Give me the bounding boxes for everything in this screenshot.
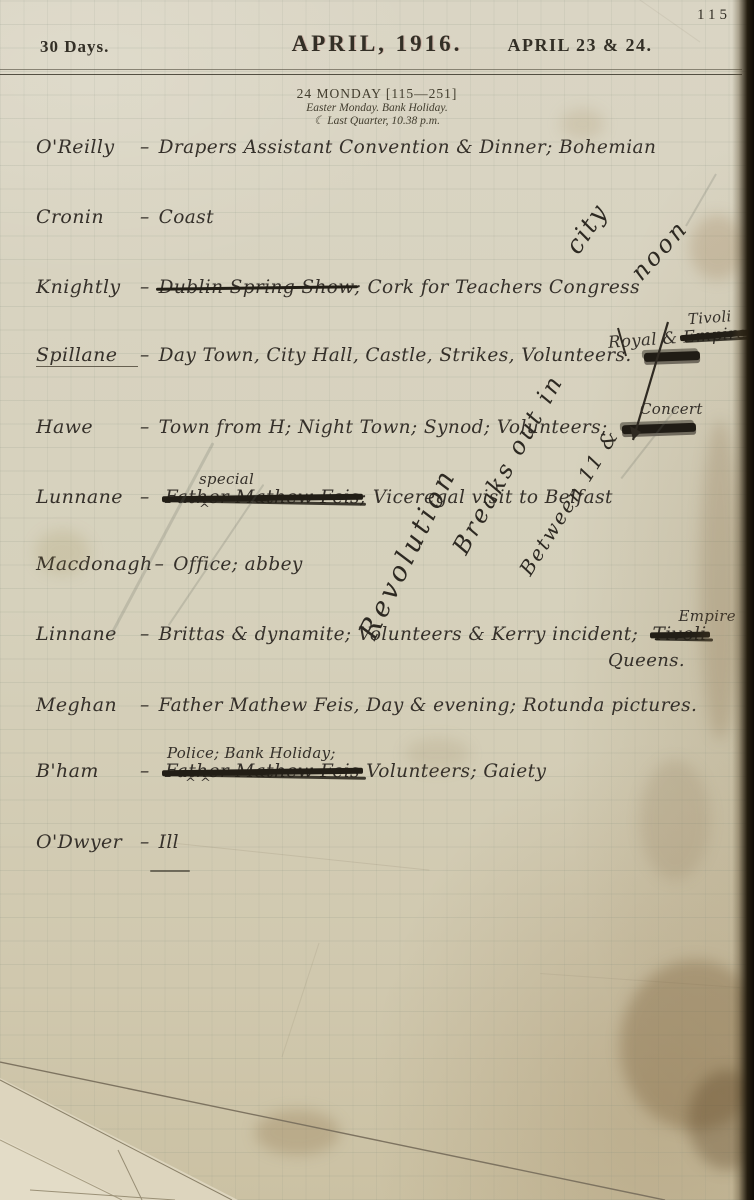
pencil-ghost-mark (109, 442, 215, 638)
struck-text: Tivoli (653, 624, 707, 645)
day-number-line: 24 MONDAY [115—251] (0, 86, 754, 102)
entry-text: ; Cork for Teachers Congress (355, 277, 640, 298)
inserted-text: special (199, 470, 254, 488)
entry-dash: – (140, 207, 150, 228)
entry-dash: – (140, 695, 150, 716)
week-dates-label: APRIL 23 & 24. (430, 35, 730, 56)
paper-stain (35, 530, 90, 575)
entry-name: Cronin (36, 206, 138, 228)
diary-entry-spillane: Spillane–Day Town, City Hall, Castle, St… (36, 344, 748, 367)
diary-entry-oreilly: O'Reilly–Drapers Assistant Convention & … (36, 136, 748, 158)
paper-stain (405, 738, 470, 770)
diary-entry-lunnane: Lunnane– special^Father Mathew Feis; Vic… (36, 486, 748, 508)
entry-text: Father Mathew Feis, Day & evening; Rotun… (159, 695, 698, 716)
entry-text: Brittas & dynamite; Volunteers & Kerry i… (159, 624, 639, 645)
entry-name: O'Reilly (36, 136, 138, 158)
struck-text: Dublin Spring Show (159, 277, 355, 298)
holiday-line: Easter Monday. Bank Holiday. (0, 102, 754, 115)
entry-name: Spillane (36, 344, 138, 367)
entry-dash: – (140, 624, 150, 645)
entry-dash: – (140, 761, 150, 782)
diary-page-scan: 115 30 Days. APRIL, 1916. APRIL 23 & 24.… (0, 0, 754, 1200)
entry-text: Coast (159, 207, 214, 228)
day-header: 24 MONDAY [115—251] Easter Monday. Bank … (0, 86, 754, 128)
diary-entry-bham: B'ham– Police; Bank Holiday;^ ^Father Ma… (36, 760, 748, 782)
entry-text-continued: Queens. (608, 650, 685, 671)
entry-dash: – (140, 345, 150, 366)
entry-dash: – (140, 277, 150, 298)
entry-name: Linnane (36, 623, 138, 645)
diary-entry-cronin: Cronin–Coast (36, 206, 748, 228)
entry-name: O'Dwyer (36, 831, 138, 853)
inserted-text: Police; Bank Holiday; (167, 744, 336, 762)
entry-name: Knightly (36, 276, 138, 298)
paper-stain (640, 760, 710, 880)
annotation-text: Royal & (608, 328, 679, 352)
entry-name: Lunnane (36, 486, 138, 508)
paper-stain (255, 1110, 340, 1155)
book-edge-shadow (732, 0, 754, 1200)
page-number: 115 (697, 7, 731, 24)
entry-dash: – (140, 137, 150, 158)
entry-name: Hawe (36, 416, 138, 438)
moon-phase-text: Last Quarter, 10.38 p.m. (327, 115, 440, 127)
pen-flourish (150, 870, 190, 872)
entry-text: Drapers Assistant Convention & Dinner; B… (159, 137, 657, 158)
entry-name: B'ham (36, 760, 138, 782)
margin-annotation: Royal & TivoliEmpire (608, 323, 748, 352)
struck-text: Father Mathew Feis (165, 761, 360, 782)
paper-crease (281, 943, 319, 1057)
diary-entry-hawe: Hawe–Town from H; Night Town; Synod; Vol… (36, 416, 748, 438)
entry-dash: – (140, 832, 150, 853)
paper-stain (560, 108, 605, 140)
entry-text: Office; abbey (173, 554, 303, 575)
last-quarter-moon-icon: ☾ (314, 115, 324, 127)
struck-text: Father Mathew Feis (165, 487, 360, 508)
entry-dash: – (155, 554, 165, 575)
ink-scratch (644, 351, 700, 362)
entry-dash: – (140, 417, 150, 438)
diagonal-note-city: city (551, 185, 623, 272)
diary-entry-meghan: Meghan–Father Mathew Feis, Day & evening… (36, 694, 748, 716)
header-rule (0, 69, 742, 75)
moon-phase-line: ☾ Last Quarter, 10.38 p.m. (0, 115, 754, 128)
entry-name: Meghan (36, 694, 138, 716)
entry-dash: – (140, 487, 150, 508)
diary-entry-linnane: Linnane–Brittas & dynamite; Volunteers &… (36, 623, 748, 645)
